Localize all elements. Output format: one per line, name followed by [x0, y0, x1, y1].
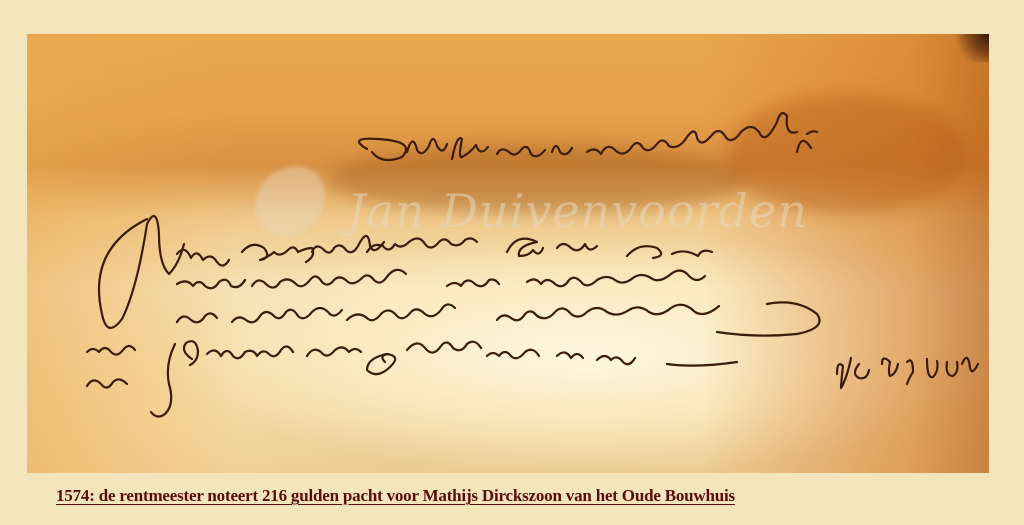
handwriting-strokes: [27, 34, 989, 473]
page: Jan Duivenvoorden: [0, 0, 1024, 525]
manuscript-image: Jan Duivenvoorden: [27, 34, 989, 473]
caption-link[interactable]: 1574: de rentmeester noteert 216 gulden …: [56, 486, 735, 506]
